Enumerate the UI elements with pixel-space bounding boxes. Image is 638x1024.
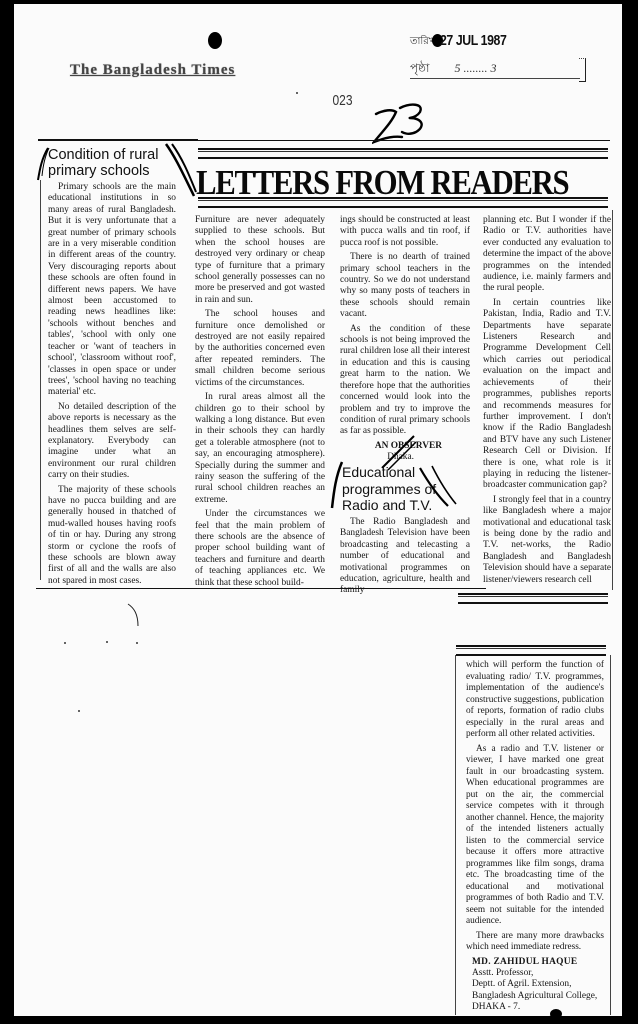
column-3: ings should be constructed at least with…	[340, 215, 470, 464]
letter-2-signature-college: Bangladesh Agricultural College,	[466, 991, 604, 1002]
file-number: 023	[333, 92, 353, 109]
column-2: Furniture are never adequately supplied …	[195, 215, 325, 592]
handwritten-number	[372, 100, 442, 145]
punch-hole-mark	[208, 32, 222, 49]
scan-mark	[126, 602, 140, 628]
title-rule-top	[198, 148, 608, 159]
paragraph: The Radio Bangladesh and Bangladesh Tele…	[340, 517, 470, 597]
column-4-right-rule	[612, 210, 613, 590]
paragraph: I strongly feel that in a country like B…	[483, 495, 611, 586]
column-4: planning etc. But I wonder if the Radio …	[483, 215, 611, 589]
stamp-bracket	[579, 58, 586, 82]
ink-blot	[534, 1008, 564, 1022]
paragraph: As the condition of these schools is not…	[340, 324, 470, 438]
scan-speck	[106, 641, 108, 643]
column-5: which will perform the function of evalu…	[466, 660, 604, 1014]
stamp-page-label: পৃষ্ঠা	[410, 61, 429, 75]
paragraph: Furniture are never adequately supplied …	[195, 215, 325, 306]
continuation-rule-top	[458, 593, 608, 604]
section-bottom-rule	[36, 588, 486, 589]
column-5-right-rule	[610, 655, 611, 1015]
paragraph: planning etc. But I wonder if the Radio …	[483, 215, 611, 295]
scan-speck	[64, 642, 66, 644]
section-title: LETTERS FROM READERS	[196, 163, 568, 203]
paragraph: The school houses and furniture once dem…	[195, 309, 325, 389]
letter-1-headline: Condition of rural primary schools	[48, 147, 178, 179]
date-stamp: তারিখ 27 JUL 1987 পৃষ্ঠা 5 ........ 3	[410, 30, 586, 88]
letter-2-signature-name: MD. ZAHIDUL HAQUE	[466, 957, 604, 968]
top-rule-left	[38, 139, 198, 141]
paragraph: Primary schools are the main educational…	[48, 182, 176, 399]
stamp-page-value: 5 ........ 3	[432, 61, 496, 75]
paragraph: In certain countries like Pakistan, Indi…	[483, 298, 611, 492]
scan-border-right	[622, 0, 638, 1024]
headline-2-close-mark	[418, 464, 458, 510]
paragraph: Under the circumstances we feel that the…	[195, 509, 325, 589]
paragraph: ings should be constructed at least with…	[340, 215, 470, 249]
column-5-left-rule	[455, 655, 456, 1015]
stamp-page: পৃষ্ঠা 5 ........ 3	[410, 60, 496, 80]
top-rule-right	[198, 140, 610, 141]
paragraph: As a radio and T.V. listener or viewer, …	[466, 744, 604, 928]
paragraph: The majority of these schools have no pu…	[48, 485, 176, 588]
letter-2-signature-dept: Deptt. of Agril. Extension,	[466, 979, 604, 990]
paragraph: In rural areas almost all the children g…	[195, 392, 325, 506]
stamp-underline	[410, 78, 580, 79]
continuation-rule-bottom	[456, 645, 606, 656]
scan-speck	[136, 642, 138, 644]
letter-2-signature-title: Asstt. Professor,	[466, 968, 604, 979]
newspaper-masthead: The Bangladesh Times	[70, 62, 235, 79]
paragraph: There are many more drawbacks which need…	[466, 931, 604, 954]
paragraph: There is no dearth of trained primary sc…	[340, 252, 470, 320]
paragraph: which will perform the function of evalu…	[466, 660, 604, 741]
letter-1-headline-text: Condition of rural primary schools	[48, 147, 158, 179]
column-1: Primary schools are the main educational…	[48, 182, 176, 590]
column-1-left-rule	[40, 180, 41, 580]
paragraph: No detailed description of the above rep…	[48, 402, 176, 482]
scan-speck	[296, 92, 298, 94]
scan-speck	[78, 710, 80, 712]
stamp-date: 27 JUL 1987	[440, 32, 506, 49]
